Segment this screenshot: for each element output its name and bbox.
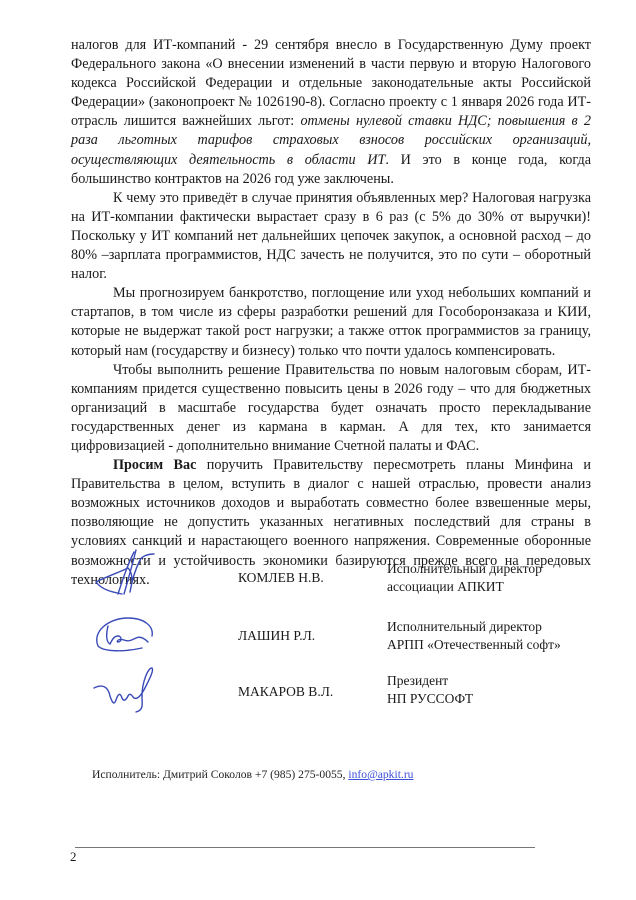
signatory-title: Исполнительный директорассоциации АПКИТ <box>387 560 542 596</box>
signatory-title: Исполнительный директорАРПП «Отечественн… <box>387 618 561 654</box>
signatory-row: КОМЛЕВ Н.В. Исполнительный директорассоц… <box>0 546 636 602</box>
signatory-name: ЛАШИН Р.Л. <box>238 628 315 644</box>
paragraph-text-bold: Просим Вас <box>113 457 196 473</box>
letter-body: налогов для ИТ-компаний - 29 сентября вн… <box>71 36 591 590</box>
paragraph-4: Чтобы выполнить решение Правительства по… <box>71 361 591 456</box>
signatory-name: КОМЛЕВ Н.В. <box>238 570 324 586</box>
signatory-title: ПрезидентНП РУССОФТ <box>387 672 473 708</box>
footer-divider <box>75 847 535 848</box>
signatory-title-line: Исполнительный директор <box>387 619 542 634</box>
signature-lashin-icon <box>88 606 158 662</box>
signatory-title-line: АРПП «Отечественный софт» <box>387 637 561 652</box>
paragraph-text: Мы прогнозируем банкротство, поглощение … <box>71 285 591 358</box>
paragraph-text: К чему это приведёт в случае принятия об… <box>71 190 591 282</box>
paragraph-2: К чему это приведёт в случае принятия об… <box>71 189 591 284</box>
paragraph-1: налогов для ИТ-компаний - 29 сентября вн… <box>71 36 591 189</box>
signature-makarov-icon <box>88 662 158 718</box>
signatory-row: МАКАРОВ В.Л. ПрезидентНП РУССОФТ <box>0 662 636 718</box>
paragraph-text: Чтобы выполнить решение Правительства по… <box>71 362 591 454</box>
signature-komlev-icon <box>88 546 158 602</box>
paragraph-3: Мы прогнозируем банкротство, поглощение … <box>71 284 591 360</box>
signatory-title-line: НП РУССОФТ <box>387 691 473 706</box>
page-number: 2 <box>70 849 77 865</box>
signatory-row: ЛАШИН Р.Л. Исполнительный директорАРПП «… <box>0 606 636 662</box>
document-page: налогов для ИТ-компаний - 29 сентября вн… <box>0 0 636 900</box>
executor-email-link[interactable]: info@apkit.ru <box>348 768 413 781</box>
signatory-name: МАКАРОВ В.Л. <box>238 684 333 700</box>
signatory-title-line: Президент <box>387 673 448 688</box>
signatory-title-line: Исполнительный директор <box>387 561 542 576</box>
signatory-title-line: ассоциации АПКИТ <box>387 579 504 594</box>
executor-contact: Исполнитель: Дмитрий Соколов +7 (985) 27… <box>92 768 413 781</box>
executor-label: Исполнитель: Дмитрий Соколов +7 (985) 27… <box>92 768 348 781</box>
